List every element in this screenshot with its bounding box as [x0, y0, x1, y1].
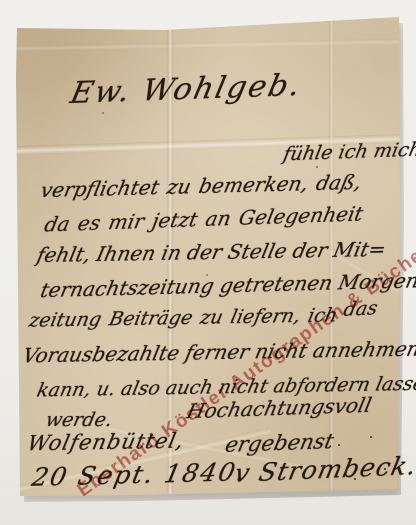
photo-background: Ew. Wohlgeb. fühle ich mich verpflichtet… — [0, 0, 416, 525]
ink-specks — [16, 16, 18, 18]
letter-closing-ergebenst: ergebenst — [223, 429, 336, 457]
fold-crease-top — [12, 39, 412, 52]
letter-date: 20 Sept. 1840. — [29, 457, 249, 492]
letter-place: Wolfenbüttel, — [25, 429, 187, 456]
handwriting-word-das: das — [342, 297, 380, 321]
handwriting-line: fühle ich mich — [281, 139, 416, 166]
handwriting-line: werde. — [44, 409, 115, 431]
